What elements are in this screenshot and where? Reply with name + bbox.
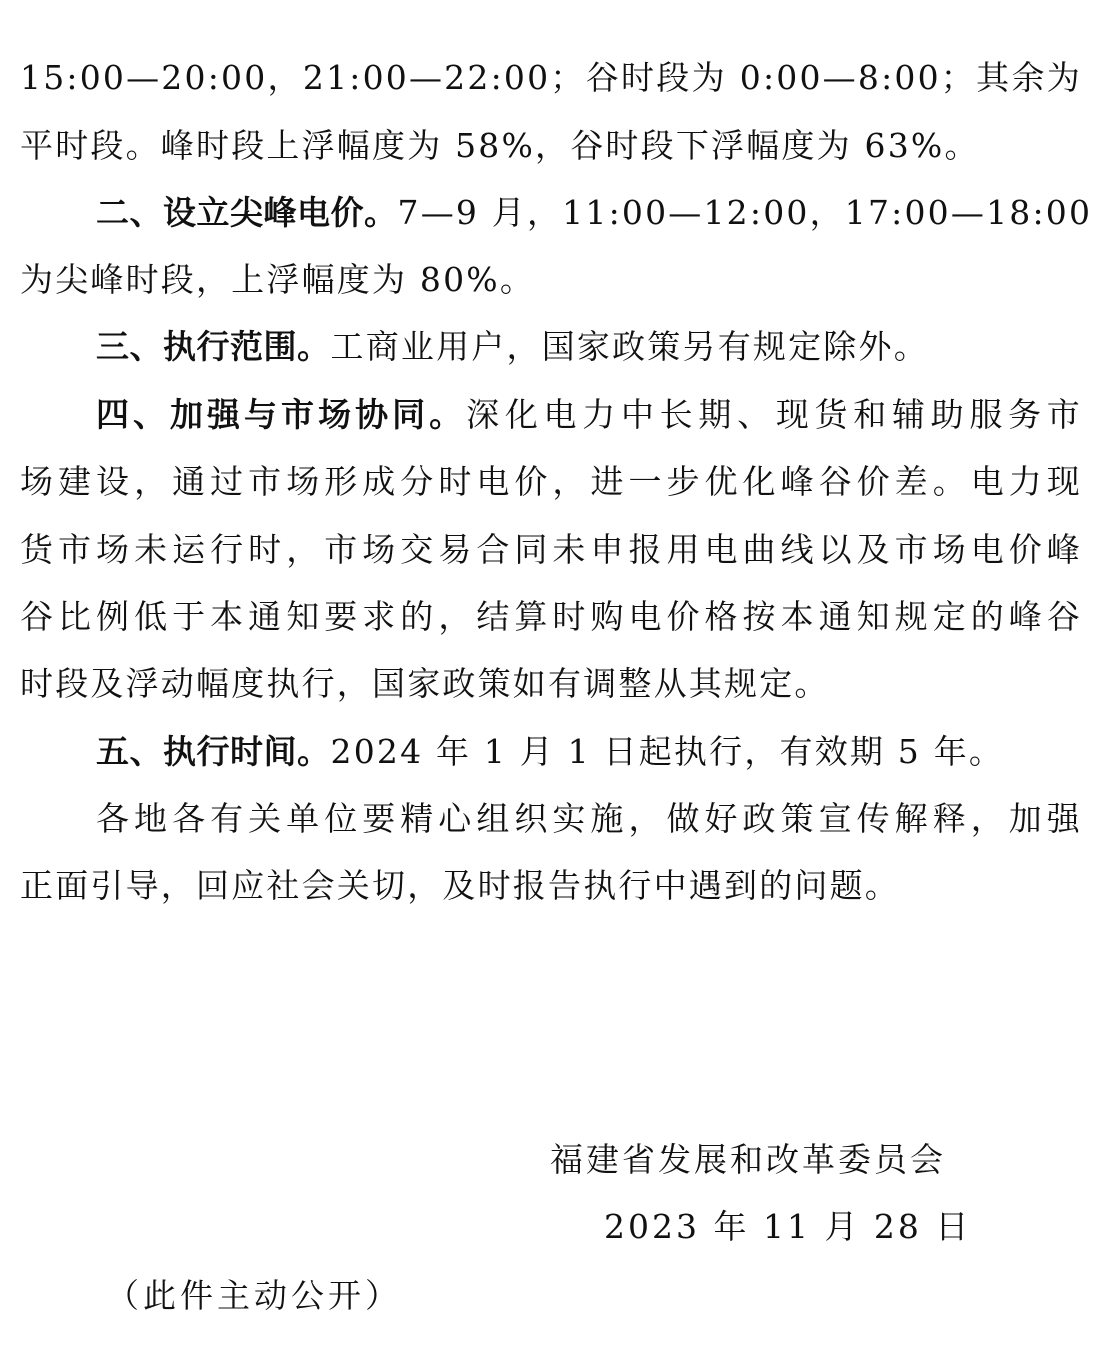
text-line: 正面引导，回应社会关切，及时报告执行中遇到的问题。 — [20, 866, 1082, 906]
section-text: 深化电力中长期、现货和辅助服务市 — [466, 395, 1082, 434]
signature-organization: 福建省发展和改革委员会 — [550, 1140, 946, 1180]
text-line: 15:00—20:00，21:00—22:00；谷时段为 0:00—8:00；其… — [20, 58, 1082, 98]
text-line: 谷比例低于本通知要求的，结算时购电价格按本通知规定的峰谷 — [20, 597, 1082, 637]
section-text: 工商业用户，国家政策另有规定除外。 — [331, 327, 929, 366]
section-4-first-line: 四、加强与市场协同。深化电力中长期、现货和辅助服务市 — [96, 395, 1082, 435]
section-5-line: 五、执行时间。2024 年 1 月 1 日起执行，有效期 5 年。 — [96, 732, 1082, 772]
section-3-line: 三、执行范围。工商业用户，国家政策另有规定除外。 — [96, 327, 1082, 367]
text-line: 时段及浮动幅度执行，国家政策如有调整从其规定。 — [20, 664, 1082, 704]
section-heading: 二、设立尖峰电价。 — [96, 193, 398, 232]
text-line: 各地各有关单位要精心组织实施，做好政策宣传解释，加强 — [96, 799, 1082, 839]
section-text: 7—9 月，11:00—12:00，17:00—18:00 — [398, 193, 1093, 232]
text-line: 为尖峰时段，上浮幅度为 80%。 — [20, 260, 1082, 300]
section-heading: 四、加强与市场协同。 — [96, 395, 466, 434]
section-text: 2024 年 1 月 1 日起执行，有效期 5 年。 — [331, 732, 1005, 771]
document-page: 15:00—20:00，21:00—22:00；谷时段为 0:00—8:00；其… — [0, 0, 1100, 1362]
section-heading: 三、执行范围。 — [96, 327, 331, 366]
section-2-first-line: 二、设立尖峰电价。7—9 月，11:00—12:00，17:00—18:00 — [96, 193, 1082, 233]
signature-date: 2023 年 11 月 28 日 — [604, 1207, 971, 1247]
text-line: 平时段。峰时段上浮幅度为 58%，谷时段下浮幅度为 63%。 — [20, 126, 1082, 166]
public-disclosure-note: （此件主动公开） — [106, 1276, 402, 1316]
text-line: 货市场未运行时，市场交易合同未申报用电曲线以及市场电价峰 — [20, 530, 1082, 570]
text-line: 场建设，通过市场形成分时电价，进一步优化峰谷价差。电力现 — [20, 462, 1082, 502]
section-heading: 五、执行时间。 — [96, 732, 331, 771]
